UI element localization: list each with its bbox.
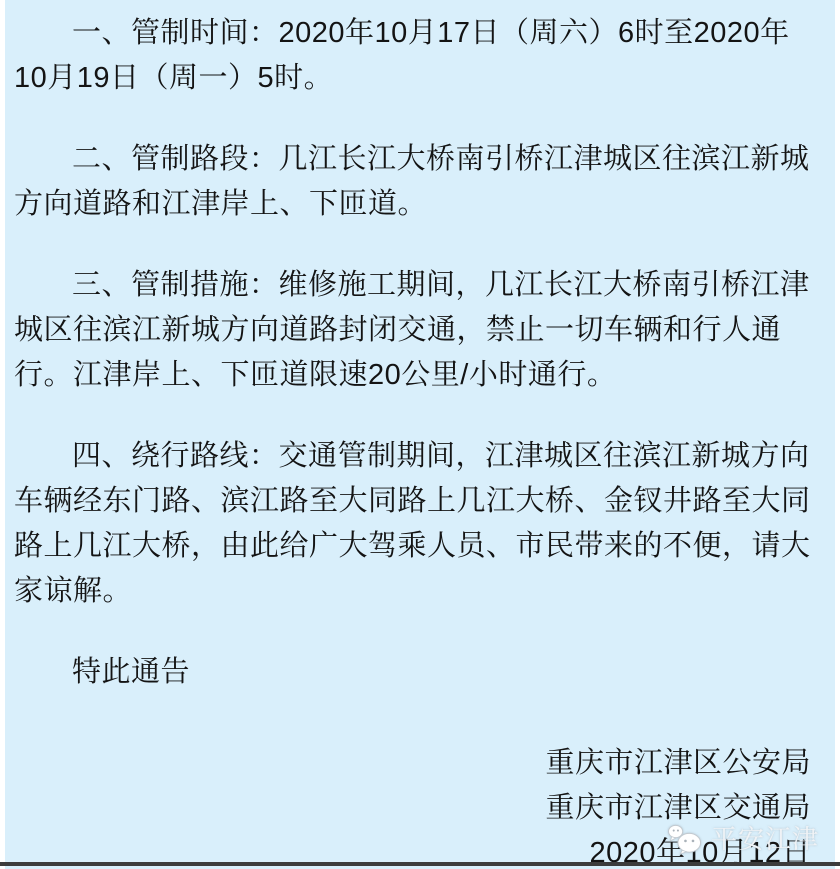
bottom-divider bbox=[0, 862, 840, 866]
signature-police-bureau: 重庆市江津区公安局 bbox=[14, 741, 819, 786]
watermark: 平安江津 bbox=[666, 823, 819, 855]
paragraph-control-section: 二、管制路段：几江长江大桥南引桥江津城区往滨江新城方向道路和江津岸上、下匝道。 bbox=[14, 137, 819, 227]
wechat-icon bbox=[666, 823, 704, 855]
page-background: 一、管制时间：2020年10月17日（周六）6时至2020年10月19日（周一）… bbox=[0, 0, 840, 869]
closing-statement: 特此通告 bbox=[14, 650, 819, 695]
paragraph-control-time: 一、管制时间：2020年10月17日（周六）6时至2020年10月19日（周一）… bbox=[14, 11, 819, 101]
paragraph-detour-route: 四、绕行路线：交通管制期间，江津城区往滨江新城方向车辆经东门路、滨江路至大同路上… bbox=[14, 434, 819, 614]
notice-body: 一、管制时间：2020年10月17日（周六）6时至2020年10月19日（周一）… bbox=[5, 0, 835, 869]
watermark-label: 平安江津 bbox=[711, 826, 819, 852]
paragraph-control-measures: 三、管制措施：维修施工期间，几江长江大桥南引桥江津城区往滨江新城方向道路封闭交通… bbox=[14, 263, 819, 398]
notice-page: 一、管制时间：2020年10月17日（周六）6时至2020年10月19日（周一）… bbox=[5, 0, 835, 869]
